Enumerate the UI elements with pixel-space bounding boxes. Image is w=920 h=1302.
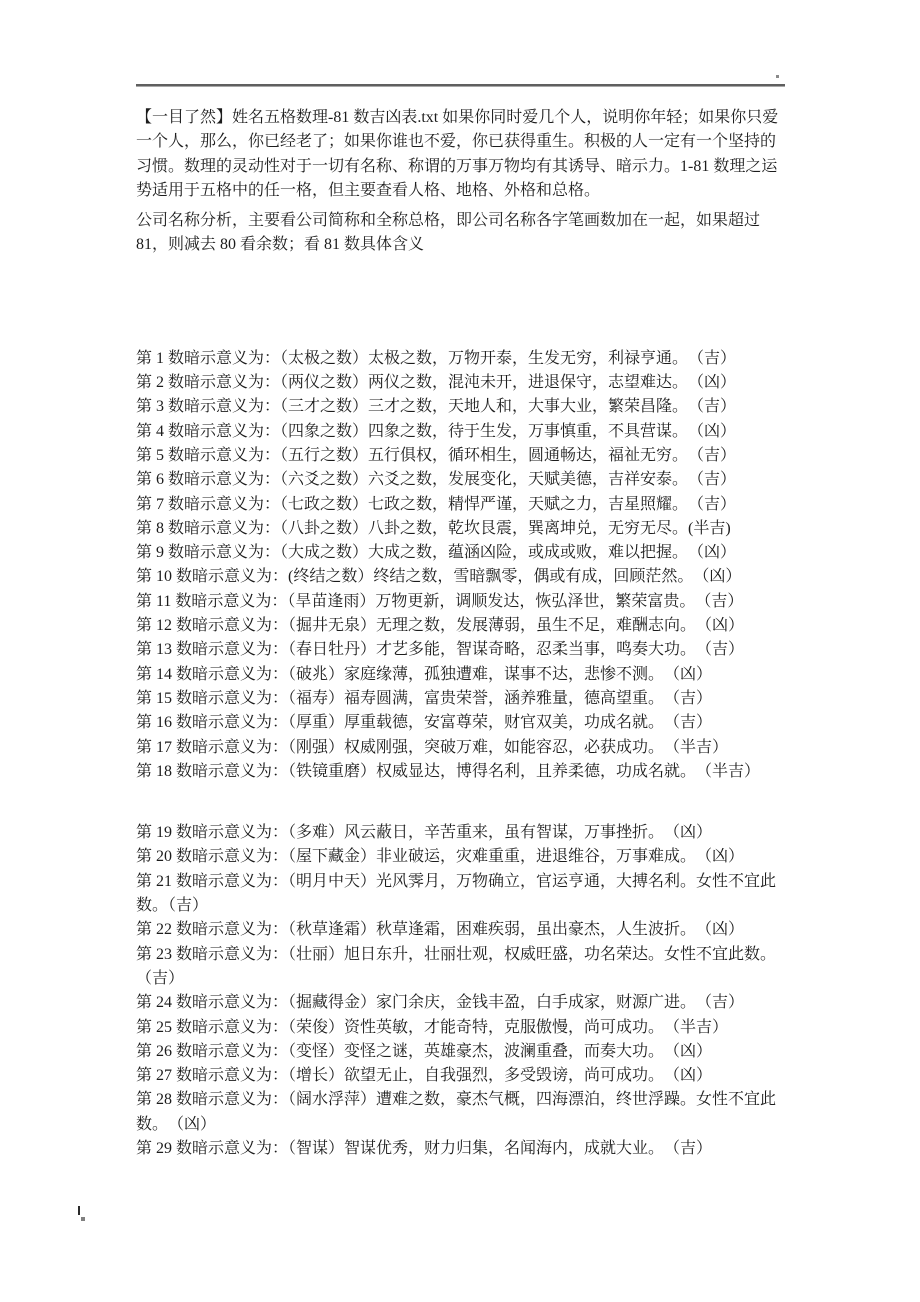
number-meanings-list-1-18: 第 1 数暗示意义为：（太极之数）太极之数，万物开泰，生发无穷，利禄亨通。 （吉… [136, 347, 781, 784]
company-analysis-paragraph: 公司名称分析，主要看公司简称和全称总格，即公司名称各字笔画数加在一起，如果超过 … [136, 209, 781, 258]
list-item: 第 27 数暗示意义为：（增长）欲望无止，自我强烈，多受毁谤，尚可成功。 （凶） [136, 1064, 781, 1088]
list-item: 第 10 数暗示意义为：(终结之数）终结之数，雪暗飘零，偶或有成，回顾茫然。 （… [136, 565, 781, 589]
list-item: 第 17 数暗示意义为：（刚强）权威刚强，突破万难，如能容忍，必获成功。 （半吉… [136, 736, 781, 760]
list-item: 第 25 数暗示意义为：（荣俊）资性英敏，才能奇特，克服傲慢，尚可成功。 （半吉… [136, 1016, 781, 1040]
document-page: 【一目了然】姓名五格数理-81 数吉凶表.txt 如果你同时爱几个人，说明你年轻… [0, 0, 920, 1302]
header-divider-rule [136, 84, 785, 87]
list-item: 第 6 数暗示意义为：（六爻之数）六爻之数，发展变化，天赋美德，吉祥安泰。 （吉… [136, 468, 781, 492]
list-item: 第 9 数暗示意义为：（大成之数）大成之数，蕴涵凶险，或成或败，难以把握。 （凶… [136, 541, 781, 565]
intro-paragraph: 【一目了然】姓名五格数理-81 数吉凶表.txt 如果你同时爱几个人，说明你年轻… [136, 106, 781, 203]
list-item: 第 7 数暗示意义为：（七政之数）七政之数，精悍严谨，天赋之力，吉星照耀。 （吉… [136, 493, 781, 517]
list-item: 第 11 数暗示意义为：（旱苗逢雨）万物更新，调顺发达，恢弘泽世，繁荣富贵。 （… [136, 590, 781, 614]
list-item: 第 1 数暗示意义为：（太极之数）太极之数，万物开泰，生发无穷，利禄亨通。 （吉… [136, 347, 781, 371]
stray-apostrophe-mark [78, 1206, 80, 1215]
list-item: 第 26 数暗示意义为：（变怪）变怪之谜，英雄豪杰，波澜重叠，而奏大功。 （凶） [136, 1040, 781, 1064]
list-item: 第 3 数暗示意义为：（三才之数）三才之数，天地人和，大事大业，繁荣昌隆。 （吉… [136, 395, 781, 419]
list-item: 第 4 数暗示意义为：（四象之数）四象之数，待于生发，万事慎重，不具营谋。 （凶… [136, 420, 781, 444]
list-item: 第 14 数暗示意义为：（破兆）家庭缘薄，孤独遭难，谋事不达，悲惨不测。 （凶） [136, 663, 781, 687]
list-item: 第 8 数暗示意义为：（八卦之数）八卦之数，乾坎艮震，巽离坤兑，无穷无尽。(半吉… [136, 517, 781, 541]
list-item: 第 21 数暗示意义为：（明月中天）光风霁月，万物确立，官运亨通，大搏名利。女性… [136, 870, 781, 919]
list-item: 第 16 数暗示意义为：（厚重）厚重载德，安富尊荣，财官双美，功成名就。 （吉） [136, 711, 781, 735]
list-item: 第 29 数暗示意义为：（智谋）智谋优秀，财力归集，名闻海内，成就大业。 （吉） [136, 1137, 781, 1161]
list-item: 第 15 数暗示意义为：（福寿）福寿圆满，富贵荣誉，涵养雅量，德高望重。 （吉） [136, 687, 781, 711]
list-item: 第 24 数暗示意义为：（掘藏得金）家门余庆，金钱丰盈，白手成家，财源广进。 （… [136, 991, 781, 1015]
list-item: 第 13 数暗示意义为：（春日牡丹）才艺多能，智谋奇略，忍柔当事，鸣奏大功。 （… [136, 638, 781, 662]
stray-square-mark [81, 1217, 85, 1221]
list-item: 第 19 数暗示意义为：（多难）风云蔽日，辛苦重来，虽有智谋，万事挫折。 （凶） [136, 821, 781, 845]
list-item: 第 12 数暗示意义为：（掘井无泉）无理之数，发展薄弱，虽生不足，难酬志向。 （… [136, 614, 781, 638]
list-item: 第 18 数暗示意义为：（铁镜重磨）权威显达，博得名利，且养柔德，功成名就。 （… [136, 760, 781, 784]
list-item: 第 28 数暗示意义为：（阔水浮萍）遭难之数，豪杰气概，四海漂泊，终世浮躁。女性… [136, 1088, 781, 1137]
list-item: 第 20 数暗示意义为：（屋下藏金）非业破运，灾难重重，进退维谷，万事难成。 （… [136, 845, 781, 869]
number-meanings-list-19-29: 第 19 数暗示意义为：（多难）风云蔽日，辛苦重来，虽有智谋，万事挫折。 （凶）… [136, 821, 781, 1161]
stray-dot-mark [776, 75, 779, 78]
list-item: 第 2 数暗示意义为：（两仪之数）两仪之数，混沌未开，进退保守，志望难达。 （凶… [136, 371, 781, 395]
list-item: 第 23 数暗示意义为：（壮丽）旭日东升，壮丽壮观，权威旺盛，功名荣达。女性不宜… [136, 943, 781, 992]
list-item: 第 5 数暗示意义为：（五行之数）五行俱权，循环相生，圆通畅达，福祉无穷。 （吉… [136, 444, 781, 468]
document-body: 【一目了然】姓名五格数理-81 数吉凶表.txt 如果你同时爱几个人，说明你年轻… [136, 106, 781, 1161]
list-item: 第 22 数暗示意义为：（秋草逢霜）秋草逢霜，困难疾弱，虽出豪杰，人生波折。 （… [136, 918, 781, 942]
